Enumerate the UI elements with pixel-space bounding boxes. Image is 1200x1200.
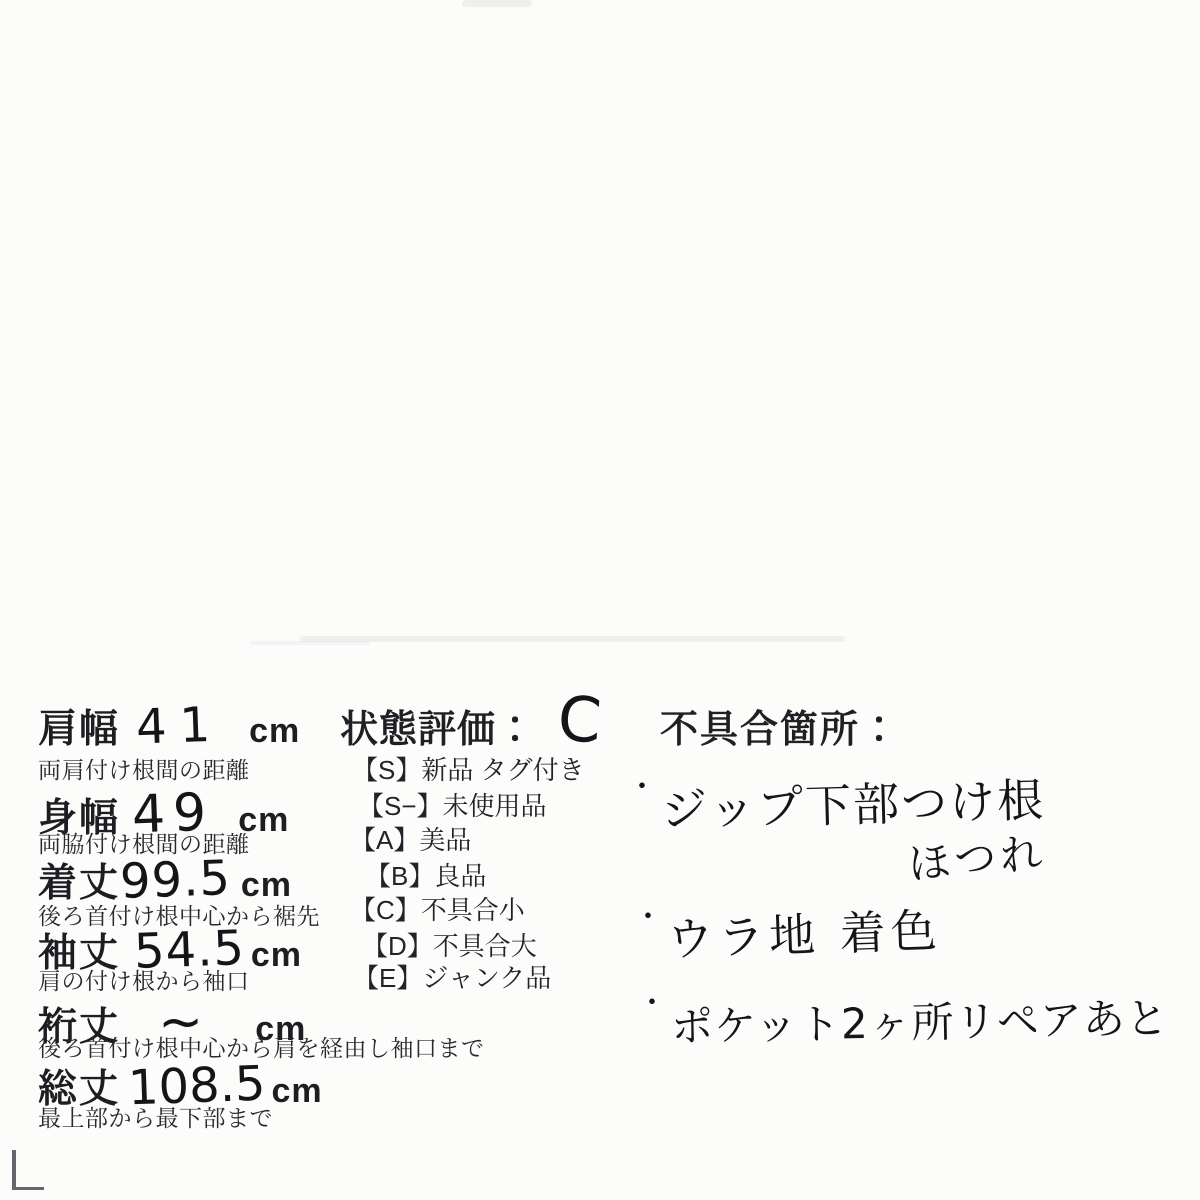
scale-code: 【S−】 bbox=[358, 791, 443, 821]
measurement-unit: cm bbox=[271, 1072, 322, 1111]
scale-code: 【E】 bbox=[353, 963, 422, 993]
condition-scale-item: 【B】良品 bbox=[365, 856, 486, 893]
scale-label: 良品 bbox=[434, 861, 486, 891]
condition-scale-item: 【C】不具合小 bbox=[350, 890, 525, 927]
scale-label: 未使用品 bbox=[443, 791, 547, 821]
scale-code: 【B】 bbox=[365, 861, 434, 891]
scale-code: 【C】 bbox=[350, 895, 421, 925]
defect-text-handwritten: ポケット2ヶ所リペアあと bbox=[671, 986, 1170, 1055]
defect-item: ・ウラ地 着色 bbox=[633, 892, 942, 965]
condition-scale-item: 【A】美品 bbox=[350, 820, 471, 857]
measurement-value-handwritten: 41 bbox=[135, 696, 224, 755]
defect-text-handwritten: ウラ地 着色 bbox=[666, 894, 943, 970]
scan-smudge-middle bbox=[300, 636, 845, 642]
measurement-unit: cm bbox=[249, 712, 300, 751]
scale-code: 【S】 bbox=[352, 755, 421, 785]
bullet-dot: ・ bbox=[633, 892, 663, 936]
measurement-row: 肩幅 41 cm bbox=[38, 698, 300, 754]
defect-item: ・ジップ下部つけ根 bbox=[627, 762, 1045, 835]
measurement-label: 肩幅 bbox=[38, 698, 120, 754]
measurement-description: 最上部から最下部まで bbox=[38, 1100, 273, 1133]
defect-item: ・ポケット2ヶ所リペアあと bbox=[637, 978, 1169, 1050]
condition-scale-item: 【E】ジャンク品 bbox=[353, 958, 551, 995]
scale-label: 新品 タグ付き bbox=[421, 755, 584, 785]
scale-code: 【A】 bbox=[350, 825, 419, 855]
defects-title: 不具合箇所： bbox=[660, 698, 900, 753]
condition-title: 状態評価： bbox=[340, 698, 535, 753]
scale-label: 不具合大 bbox=[433, 931, 537, 961]
condition-grade-handwritten: C bbox=[556, 682, 604, 758]
corner-crop-mark bbox=[12, 1150, 44, 1190]
condition-scale-item: 【S】新品 タグ付き bbox=[352, 750, 585, 787]
bullet-dot: ・ bbox=[637, 978, 667, 1022]
scan-smudge-top bbox=[462, 0, 532, 7]
measurement-unit: cm bbox=[251, 936, 302, 975]
scan-smudge-middle-2 bbox=[250, 641, 370, 645]
scale-label: 美品 bbox=[419, 825, 471, 855]
scale-label: 不具合小 bbox=[421, 895, 525, 925]
defect-subtext-handwritten: ほつれ bbox=[906, 820, 1049, 892]
measurement-card-scan: 肩幅 41 cm 両肩付け根間の距離 身幅 49 cm 両脇付け根間の距離 着丈… bbox=[0, 0, 1200, 1200]
scale-code: 【D】 bbox=[362, 931, 433, 961]
measurement-description: 両肩付け根間の距離 bbox=[38, 752, 250, 785]
scale-label: ジャンク品 bbox=[422, 963, 551, 993]
condition-scale-item: 【S−】未使用品 bbox=[358, 786, 547, 823]
bullet-dot: ・ bbox=[627, 762, 657, 806]
